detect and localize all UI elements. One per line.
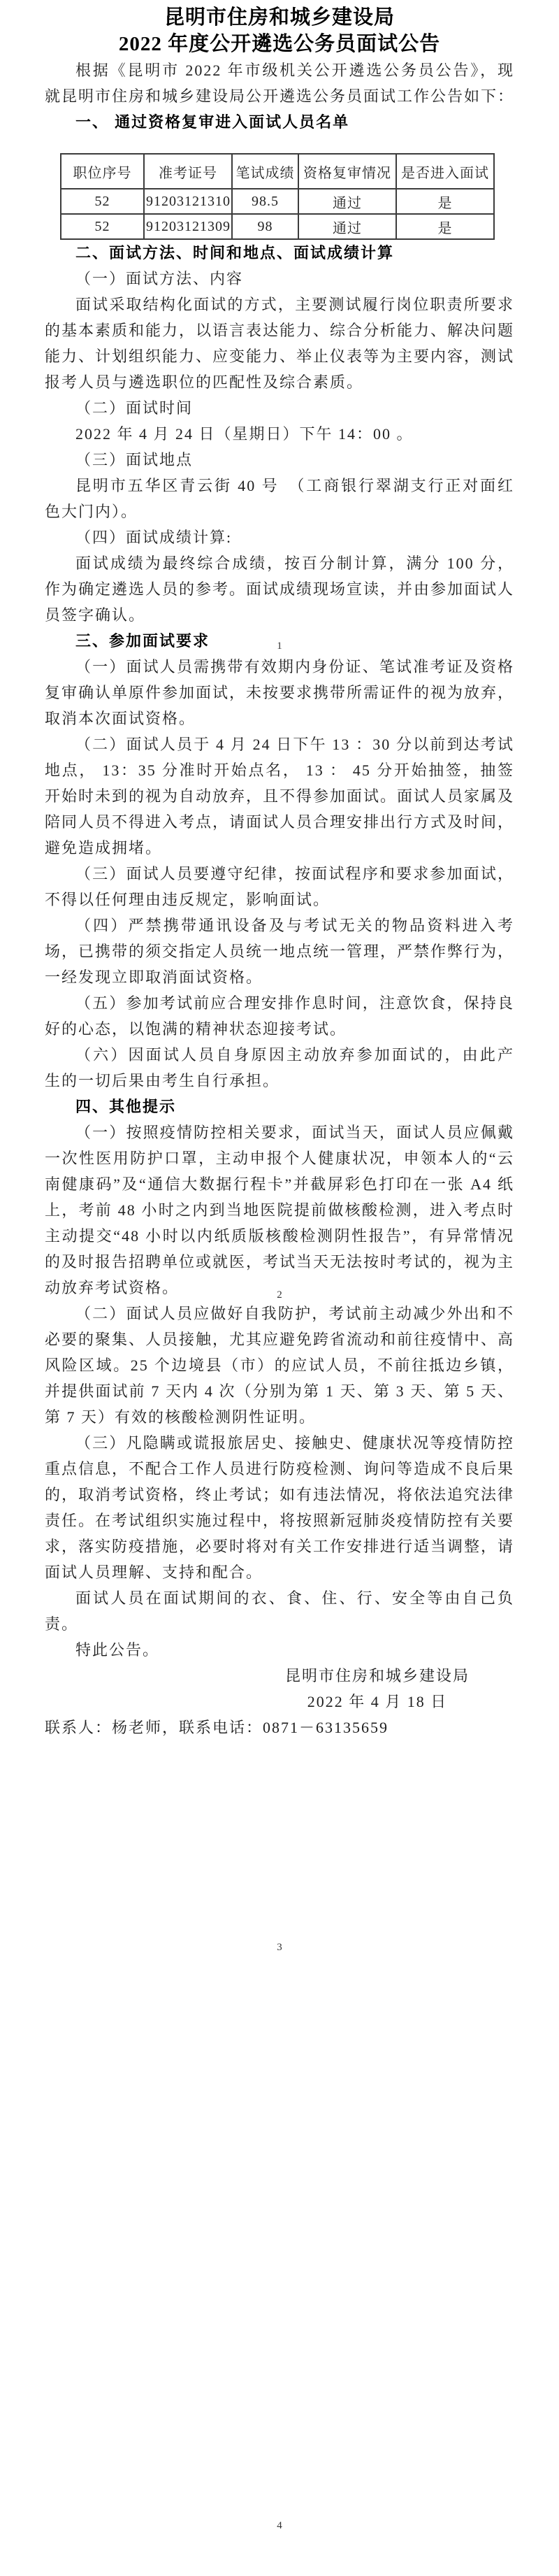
section3-paragraph: （二）面试人员于 4 月 24 日下午 13 ：30 分以前到达考试地点， 13…: [45, 731, 514, 861]
signature-date: 2022 年 4 月 18 日: [45, 1689, 514, 1715]
section3-paragraph: （三）面试人员要遵守纪律，按面试程序和要求参加面试，不得以任何理由违反规定，影响…: [45, 861, 514, 913]
page-number-1: 1: [0, 640, 559, 652]
section4-paragraph: （二）面试人员应做好自我防护，考试前主动减少外出和不必要的聚集、人员接触，尤其应…: [45, 1301, 514, 1430]
section4-paragraph: （一）按照疫情防控相关要求，面试当天，面试人员应佩戴一次性医用防护口罩，主动申报…: [45, 1119, 514, 1301]
intro-paragraph: 根据《昆明市 2022 年市级机关公开遴选公务员公告》，现就昆明市住房和城乡建设…: [45, 57, 514, 109]
table-header-row: 职位序号 准考证号 笔试成绩 资格复审情况 是否进入面试: [61, 154, 494, 189]
table-cell: 是: [396, 214, 494, 239]
section3-paragraph: （四）严禁携带通讯设备及与考试无关的物品资料进入考场，已携带的须交指定人员统一地…: [45, 913, 514, 990]
section2-paragraph-split-start: 昆明市五华区青云街 40 号 （工商银行翠湖支行正对面红: [45, 473, 514, 499]
closing-notice: 特此公告。: [45, 1637, 514, 1663]
table-header-cell: 职位序号: [61, 154, 144, 189]
page-number-4: 4: [0, 2519, 559, 2532]
table-cell: 通过: [298, 214, 396, 239]
table-cell: 91203121309: [144, 214, 232, 239]
section2-paragraph: 面试成绩为最终综合成绩，按百分制计算，满分 100 分，作为确定遴选人员的参考。…: [45, 550, 514, 628]
roster-table: 职位序号 准考证号 笔试成绩 资格复审情况 是否进入面试 52 91203121…: [60, 153, 495, 240]
section1-heading: 一、 通过资格复审进入面试人员名单: [45, 109, 514, 135]
page-number-2: 2: [0, 1289, 559, 1301]
table-cell: 通过: [298, 189, 396, 214]
title-line-1: 昆明市住房和城乡建设局: [45, 4, 514, 31]
document-title: 昆明市住房和城乡建设局 2022 年度公开遴选公务员面试公告: [45, 0, 514, 57]
section2-paragraph: 面试采取结构化面试的方式，主要测试履行岗位职责所要求的基本素质和能力，以语言表达…: [45, 292, 514, 395]
contact-line: 联系人：杨老师，联系电话：0871－63135659: [45, 1715, 514, 1740]
section4-paragraph: （三）凡隐瞒或谎报旅居史、接触史、健康状况等疫情防控重点信息，不配合工作人员进行…: [45, 1430, 514, 1585]
section2-paragraph: （三）面试地点: [45, 447, 514, 473]
section3-paragraph: （一）面试人员需携带有效期内身份证、笔试准考证及资格复审确认单原件参加面试，未按…: [45, 654, 514, 731]
table-header-cell: 笔试成绩: [232, 154, 298, 189]
title-line-2: 2022 年度公开遴选公务员面试公告: [45, 31, 514, 57]
document-content: 昆明市住房和城乡建设局 2022 年度公开遴选公务员面试公告 根据《昆明市 20…: [0, 0, 559, 1740]
section4-heading: 四、其他提示: [45, 1094, 514, 1119]
section3-paragraph-split-start: （六）因面试人员自身原因主动放弃参加面试的，由此产: [45, 1042, 514, 1068]
table-cell: 91203121310: [144, 189, 232, 214]
table-header-cell: 准考证号: [144, 154, 232, 189]
section3-paragraph: （五）参加考试前应合理安排作息时间，注意饮食，保持良好的心态，以饱满的精神状态迎…: [45, 990, 514, 1042]
table-cell: 98.5: [232, 189, 298, 214]
section2-paragraph: （二）面试时间: [45, 395, 514, 421]
table-cell: 是: [396, 189, 494, 214]
table-cell: 52: [61, 189, 144, 214]
section2-paragraph: （一）面试方法、内容: [45, 266, 514, 292]
signature-org: 昆明市住房和城乡建设局: [45, 1663, 514, 1689]
table-header-cell: 资格复审情况: [298, 154, 396, 189]
table-cell: 98: [232, 214, 298, 239]
section2-heading: 二、面试方法、时间和地点、面试成绩计算: [45, 240, 514, 266]
section2-paragraph: 2022 年 4 月 24 日（星期日）下午 14：00 。: [45, 421, 514, 447]
table-row: 52 91203121310 98.5 通过 是: [61, 189, 494, 214]
section2-paragraph-split-end: 色大门内）。: [45, 499, 514, 524]
table-header-cell: 是否进入面试: [396, 154, 494, 189]
table-cell: 52: [61, 214, 144, 239]
announcement-document: 昆明市住房和城乡建设局 2022 年度公开遴选公务员面试公告 根据《昆明市 20…: [0, 0, 559, 2576]
section2-paragraph: （四）面试成绩计算:: [45, 524, 514, 550]
page-number-3: 3: [0, 1941, 559, 1954]
table-row: 52 91203121309 98 通过 是: [61, 214, 494, 239]
section4-paragraph: 面试人员在面试期间的衣、食、住、行、安全等由自己负责。: [45, 1585, 514, 1637]
section3-paragraph-split-end: 生的一切后果由考生自行承担。: [45, 1068, 514, 1094]
